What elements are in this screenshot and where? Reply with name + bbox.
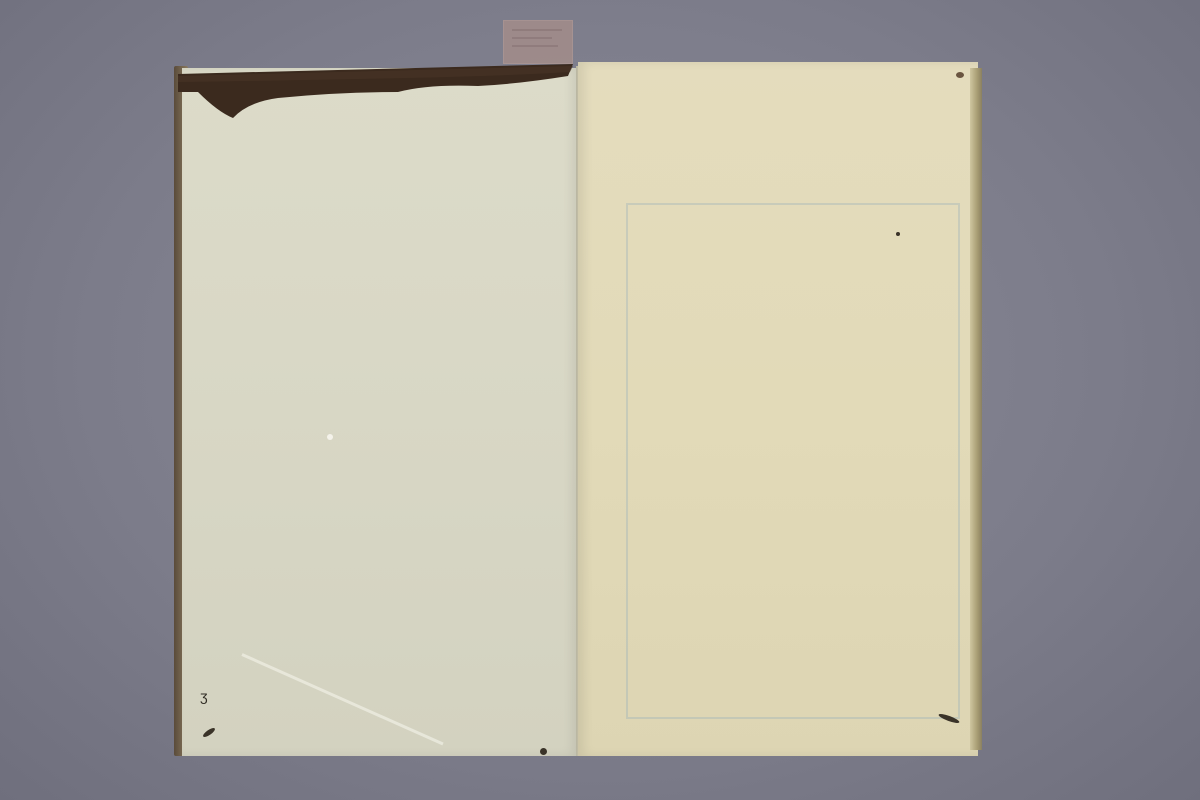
page-crease — [241, 653, 443, 745]
damage-spot — [202, 726, 216, 738]
damage-spot — [540, 748, 547, 755]
open-book: ʒ — [180, 62, 986, 760]
torn-cover-strip — [178, 62, 574, 120]
light-spot — [327, 434, 333, 440]
left-page: ʒ — [182, 68, 578, 756]
label-line — [512, 45, 558, 47]
spot — [896, 232, 900, 236]
label-line — [512, 29, 562, 31]
ink-mark: ʒ — [200, 688, 208, 704]
label-line — [512, 37, 552, 39]
right-page — [578, 62, 978, 756]
show-through-frame — [626, 203, 960, 719]
catalog-label — [503, 20, 573, 64]
page-block-edge — [970, 68, 982, 750]
damage-spot — [956, 72, 964, 78]
